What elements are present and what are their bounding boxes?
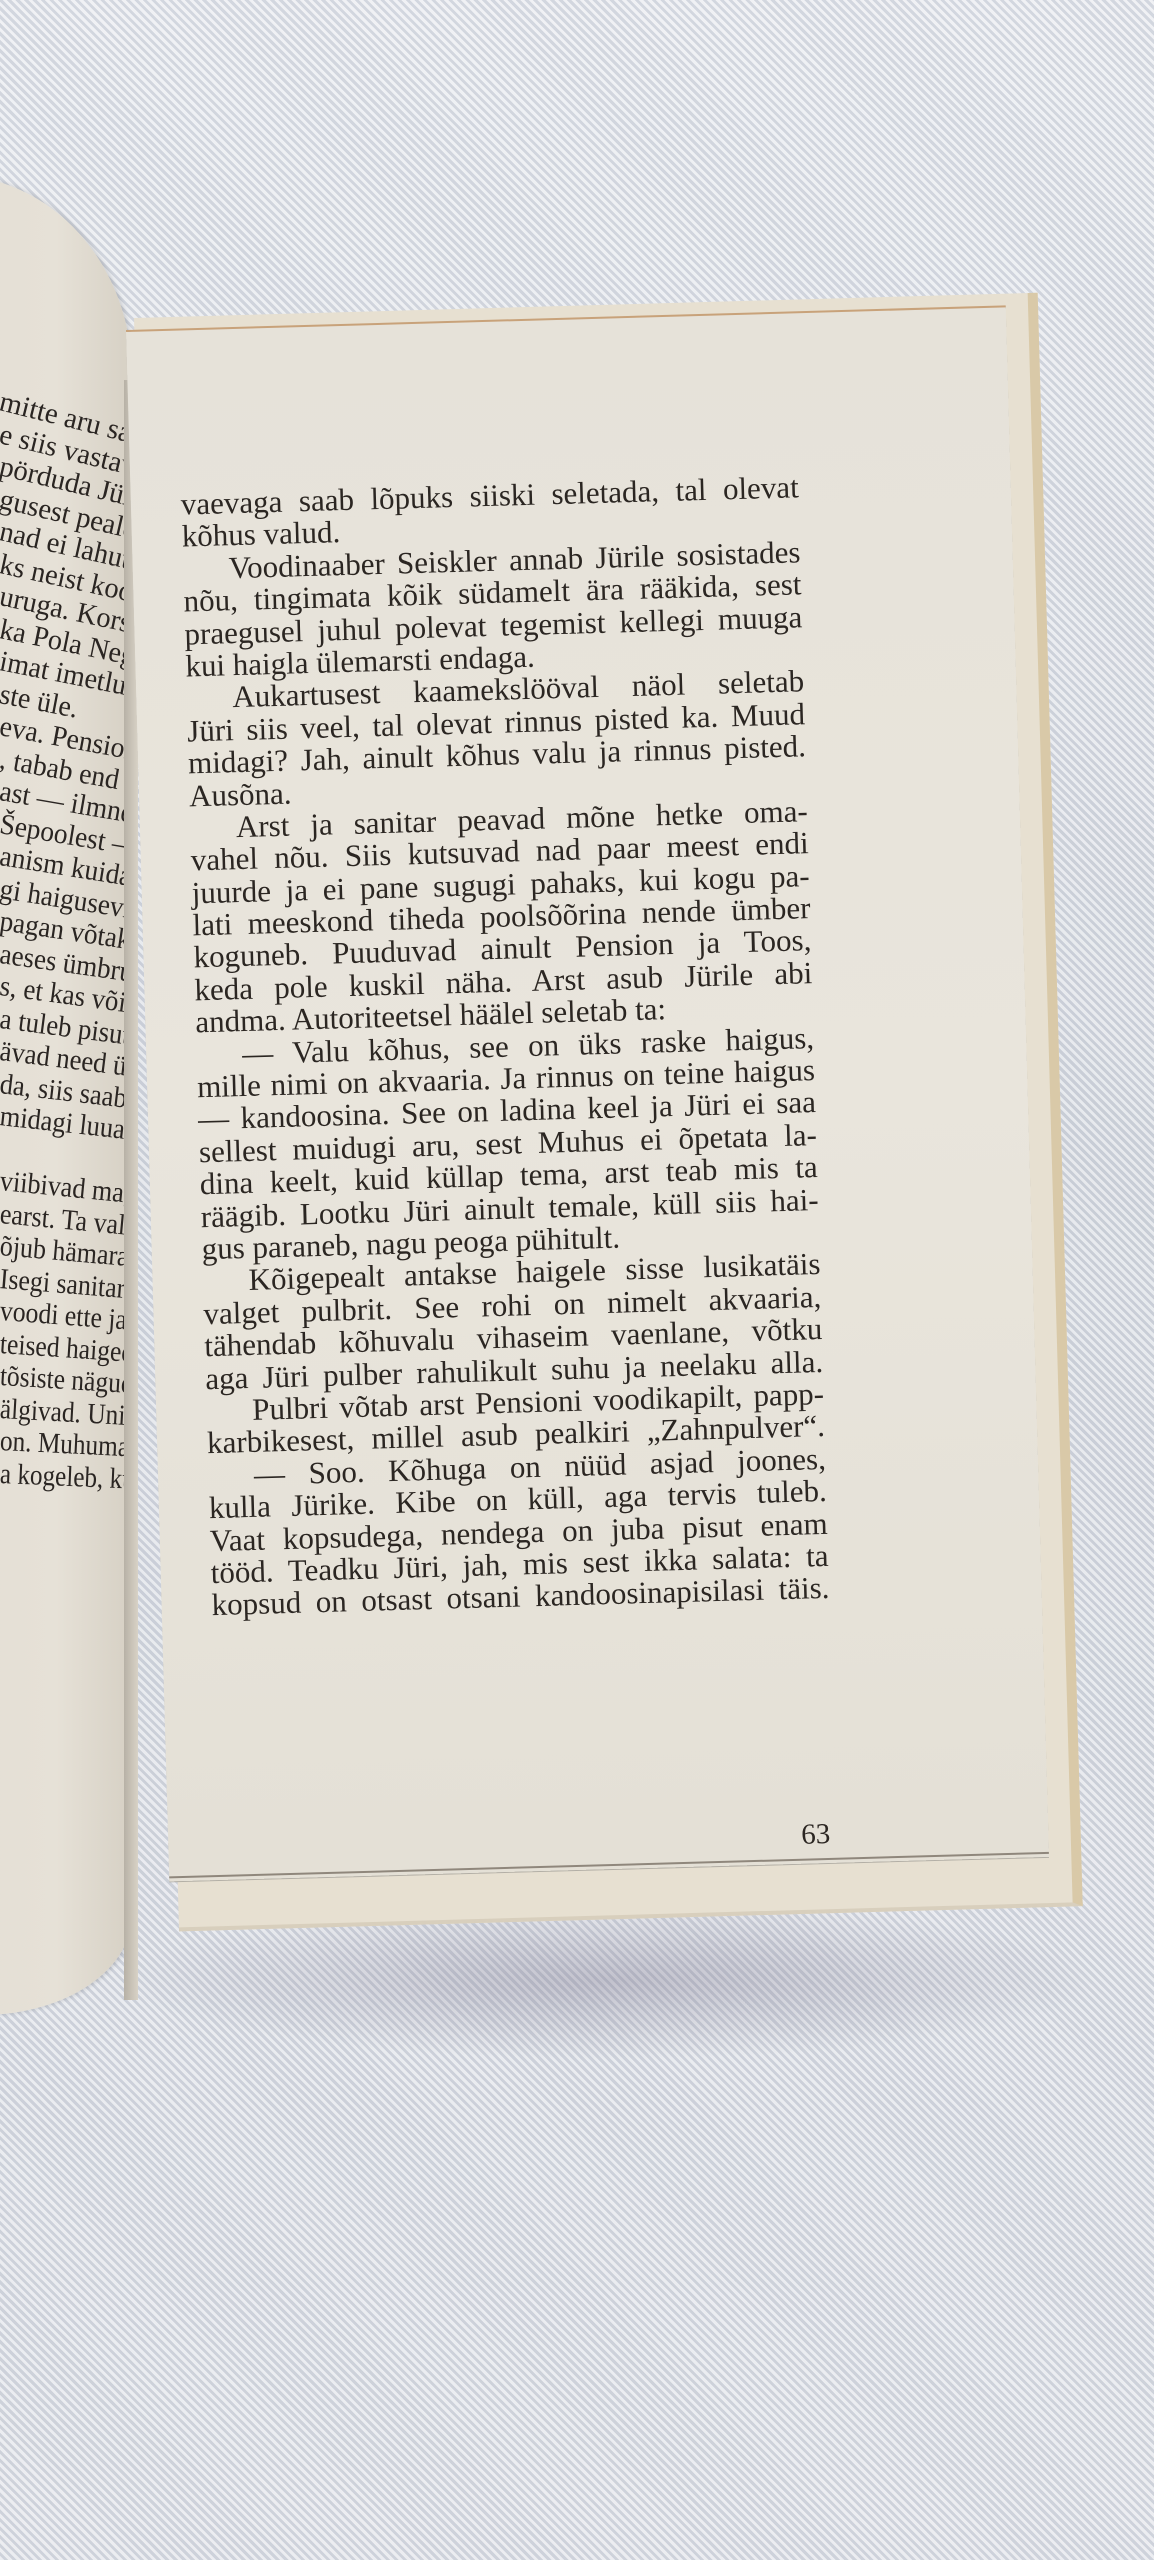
left-text-fragment: a kogeleb, kuid s <box>0 1458 122 1496</box>
page-number: 63 <box>801 1818 831 1852</box>
left-page: mitte aru saadee siis vastavapörduda Jür… <box>0 175 132 2015</box>
left-text-fragment: on. Muhumaa m <box>0 1425 123 1463</box>
right-page: vaevaga saab lõpuks siiski seletada, tal… <box>126 305 1049 1881</box>
page-body-text: vaevaga saab lõpuks siiski seletada, tal… <box>180 471 829 1621</box>
left-page-text: mitte aru saadee siis vastavapörduda Jür… <box>0 385 132 1490</box>
